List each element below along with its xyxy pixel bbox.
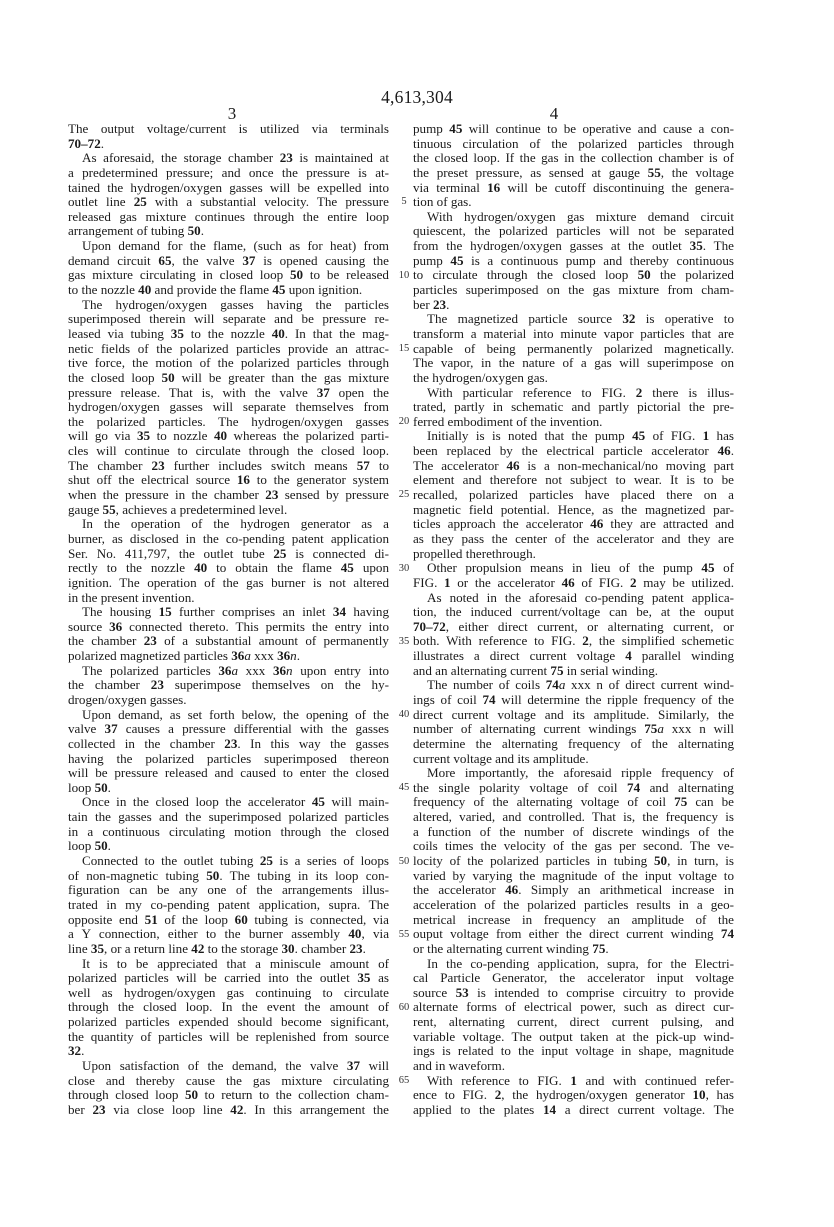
text-line: locity of the polarized particles in tub… xyxy=(413,854,734,869)
text-line: or the alternating current winding 75. xyxy=(413,942,734,957)
text-line: The housing 15 further comprises an inle… xyxy=(68,605,389,620)
line-number: 50 xyxy=(396,855,412,870)
text-line: ouput voltage from either the direct cur… xyxy=(413,927,734,942)
text-line: trated, partly in schematic and partly p… xyxy=(413,400,734,415)
text-line: the accelerator 46. Simply an arithmetic… xyxy=(413,883,734,898)
text-line: the chamber 23 of a substantial amount o… xyxy=(68,634,389,649)
line-number: 60 xyxy=(396,1001,412,1016)
text-line: determine the alternating frequency of t… xyxy=(413,737,734,752)
text-line: The chamber 23 further includes switch m… xyxy=(68,459,389,474)
text-line: Connected to the outlet tubing 25 is a s… xyxy=(68,854,389,869)
text-line: a predetermined pressure; and once the p… xyxy=(68,166,389,181)
text-line: ignition. The operation of the gas burne… xyxy=(68,576,389,591)
text-line: metrical increase in frequency an amplit… xyxy=(413,913,734,928)
text-line: The output voltage/current is utilized v… xyxy=(68,122,389,137)
text-line: loop 50. xyxy=(68,839,389,854)
text-line: In the co-pending application, supra, fo… xyxy=(413,957,734,972)
line-number: 5 xyxy=(396,195,412,210)
text-line: tained the hydrogen/oxygen gasses will b… xyxy=(68,181,389,196)
line-number: 65 xyxy=(396,1074,412,1089)
text-line: altered, varied, and controlled. That is… xyxy=(413,810,734,825)
text-line: variable voltage. The output taken at th… xyxy=(413,1030,734,1045)
text-line: The vapor, in the nature of a gas will s… xyxy=(413,356,734,371)
text-line: recalled, polarized particles have place… xyxy=(413,488,734,503)
text-line: the polarized particles. The hydrogen/ox… xyxy=(68,415,389,430)
text-line: collected in the chamber 23. In this way… xyxy=(68,737,389,752)
text-line: pump 45 is a continuous pump and thereby… xyxy=(413,254,734,269)
text-line: 32. xyxy=(68,1044,389,1059)
text-line: As aforesaid, the storage chamber 23 is … xyxy=(68,151,389,166)
text-line: FIG. 1 or the accelerator 46 of FIG. 2 m… xyxy=(413,576,734,591)
text-line: through the closed loop. In the event th… xyxy=(68,1000,389,1015)
text-line: line 35, or a return line 42 to the stor… xyxy=(68,942,389,957)
text-line: 70–72, either direct current, or alterna… xyxy=(413,620,734,635)
text-line: Upon demand for the flame, (such as for … xyxy=(68,239,389,254)
text-line: ings is related to the input voltage in … xyxy=(413,1044,734,1059)
text-line: a function of the number of discrete win… xyxy=(413,825,734,840)
text-line: leased via tubing 35 to the nozzle 40. I… xyxy=(68,327,389,342)
text-line: the hydrogen/oxygen gas. xyxy=(413,371,734,386)
text-line: tion, the induced current/voltage can be… xyxy=(413,605,734,620)
text-line: It is to be appreciated that a miniscule… xyxy=(68,957,389,972)
text-line: particles superimposed on the gas mixtur… xyxy=(413,283,734,298)
text-line: ferred embodiment of the invention. xyxy=(413,415,734,430)
text-line: loop 50. xyxy=(68,781,389,796)
text-line: Once in the closed loop the accelerator … xyxy=(68,795,389,810)
text-line: polarized particles will be carried into… xyxy=(68,971,389,986)
text-line: and an alternating current 75 in serial … xyxy=(413,664,734,679)
text-line: arrangement of tubing 50. xyxy=(68,224,389,239)
text-line: The magnetized particle source 32 is ope… xyxy=(413,312,734,327)
text-line: and in waveform. xyxy=(413,1059,734,1074)
text-line: applied to the plates 14 a direct curren… xyxy=(413,1103,734,1118)
text-line: 70–72. xyxy=(68,137,389,152)
text-line: ings of coil 74 will determine the rippl… xyxy=(413,693,734,708)
line-number: 20 xyxy=(396,415,412,430)
patent-number: 4,613,304 xyxy=(0,87,834,108)
text-line: valve 37 causes a pressure differential … xyxy=(68,722,389,737)
text-line: tive force, the motion of the polarized … xyxy=(68,356,389,371)
line-number: 10 xyxy=(396,269,412,284)
text-line: The number of coils 74a xxx n of direct … xyxy=(413,678,734,693)
text-line: as they pass the center of the accelerat… xyxy=(413,532,734,547)
text-line: number of alternating current windings 7… xyxy=(413,722,734,737)
text-line: through closed loop 50 to return to the … xyxy=(68,1088,389,1103)
text-line: polarized magnetized particles 36a xxx 3… xyxy=(68,649,389,664)
text-line: ticles approach the accelerator 46 they … xyxy=(413,517,734,532)
left-text-column: The output voltage/current is utilized v… xyxy=(68,122,389,1118)
text-line: figuration can be any one of the arrange… xyxy=(68,883,389,898)
text-line: gas mixture circulating in closed loop 5… xyxy=(68,268,389,283)
text-line: Upon satisfaction of the demand, the val… xyxy=(68,1059,389,1074)
text-line: element and therefore not subject to wea… xyxy=(413,473,734,488)
text-line: As noted in the aforesaid co-pending pat… xyxy=(413,591,734,606)
text-line: source 53 is intended to comprise circui… xyxy=(413,986,734,1001)
text-line: the closed loop 50 will be greater than … xyxy=(68,371,389,386)
text-line: The hydrogen/oxygen gasses having the pa… xyxy=(68,298,389,313)
line-number: 55 xyxy=(396,928,412,943)
text-line: source 36 connected thereto. This permit… xyxy=(68,620,389,635)
text-line: With hydrogen/oxygen gas mixture demand … xyxy=(413,210,734,225)
text-line: In the operation of the hydrogen generat… xyxy=(68,517,389,532)
text-line: tinuous circulation of the polarized par… xyxy=(413,137,734,152)
text-line: drogen/oxygen gasses. xyxy=(68,693,389,708)
text-line: ber 23 via close loop line 42. In this a… xyxy=(68,1103,389,1118)
text-line: from the hydrogen/oxygen gasses at the o… xyxy=(413,239,734,254)
text-line: current voltage and its amplitude. xyxy=(413,752,734,767)
text-line: direct current voltage and its amplitude… xyxy=(413,708,734,723)
text-line: The polarized particles 36a xxx 36n upon… xyxy=(68,664,389,679)
line-number: 35 xyxy=(396,635,412,650)
text-line: ence to FIG. 2, the hydrogen/oxygen gene… xyxy=(413,1088,734,1103)
text-line: the chamber 23 superimpose themselves on… xyxy=(68,678,389,693)
text-line: tain the gasses and the superimposed pol… xyxy=(68,810,389,825)
text-line: demand circuit 65, the valve 37 is opene… xyxy=(68,254,389,269)
text-line: burner, as disclosed in the co-pending p… xyxy=(68,532,389,547)
text-line: coils times the velocity of the gas per … xyxy=(413,839,734,854)
text-line: More importantly, the aforesaid ripple f… xyxy=(413,766,734,781)
text-line: Upon demand, as set forth below, the ope… xyxy=(68,708,389,723)
text-line: acceleration of the polarized particles … xyxy=(413,898,734,913)
text-line: transform a material into minute vapor p… xyxy=(413,327,734,342)
text-line: the single polarity voltage of coil 74 a… xyxy=(413,781,734,796)
text-line: to the nozzle 40 and provide the flame 4… xyxy=(68,283,389,298)
text-line: tion of gas. xyxy=(413,195,734,210)
text-line: Ser. No. 411,797, the outlet tube 25 is … xyxy=(68,547,389,562)
text-line: Other propulsion means in lieu of the pu… xyxy=(413,561,734,576)
text-line: will be pressure released and caused to … xyxy=(68,766,389,781)
text-line: both. With reference to FIG. 2, the simp… xyxy=(413,634,734,649)
text-line: The accelerator 46 is a non-mechanical/n… xyxy=(413,459,734,474)
text-line: rent, alternating current, direct curren… xyxy=(413,1015,734,1030)
text-line: Initially is is noted that the pump 45 o… xyxy=(413,429,734,444)
text-line: the preset pressure, as sensed at gauge … xyxy=(413,166,734,181)
right-text-column: pump 45 will continue to be operative an… xyxy=(413,122,734,1118)
text-line: will go via 35 to nozzle 40 whereas the … xyxy=(68,429,389,444)
text-line: well as hydrogen/oxygen gas continuing t… xyxy=(68,986,389,1001)
text-line: netic fields of the polarized particles … xyxy=(68,342,389,357)
line-number: 25 xyxy=(396,488,412,503)
text-line: the closed loop. If the gas in the colle… xyxy=(413,151,734,166)
line-number: 30 xyxy=(396,562,412,577)
text-line: to circulate through the closed loop 50 … xyxy=(413,268,734,283)
text-line: shut off the electrical source 16 to the… xyxy=(68,473,389,488)
text-line: trated in my co-pending patent applicati… xyxy=(68,898,389,913)
text-line: propelled therethrough. xyxy=(413,547,734,562)
text-line: the quantity of particles will be replen… xyxy=(68,1030,389,1045)
text-line: having the polarized particles superimpo… xyxy=(68,752,389,767)
text-line: quiescent, the polarized particles will … xyxy=(413,224,734,239)
text-line: when the pressure in the chamber 23 sens… xyxy=(68,488,389,503)
text-line: a Y connection, either to the burner ass… xyxy=(68,927,389,942)
text-line: With reference to FIG. 1 and with contin… xyxy=(413,1074,734,1089)
text-line: ber 23. xyxy=(413,298,734,313)
text-line: varied by varying the magnitude of the i… xyxy=(413,869,734,884)
text-line: polarized particles expended should beco… xyxy=(68,1015,389,1030)
text-line: outlet line 25 with a substantial veloci… xyxy=(68,195,389,210)
text-line: With particular reference to FIG. 2 ther… xyxy=(413,386,734,401)
text-line: illustrates a direct current voltage 4 p… xyxy=(413,649,734,664)
text-line: close and thereby cause the gas mixture … xyxy=(68,1074,389,1089)
line-number: 15 xyxy=(396,342,412,357)
text-line: via terminal 16 will be cutoff discontin… xyxy=(413,181,734,196)
text-line: frequency of the alternating voltage of … xyxy=(413,795,734,810)
line-number: 40 xyxy=(396,708,412,723)
text-line: opposite end 51 of the loop 60 tubing is… xyxy=(68,913,389,928)
text-line: alternate forms of electrical power, suc… xyxy=(413,1000,734,1015)
text-line: pump 45 will continue to be operative an… xyxy=(413,122,734,137)
text-line: rectly to the nozzle 40 to obtain the fl… xyxy=(68,561,389,576)
text-line: gauge 55, achieves a predetermined level… xyxy=(68,503,389,518)
text-line: cal Particle Generator, the accelerator … xyxy=(413,971,734,986)
text-line: released gas mixture continues through t… xyxy=(68,210,389,225)
text-line: of non-magnetic tubing 50. The tubing in… xyxy=(68,869,389,884)
text-line: been replaced by the electrical particle… xyxy=(413,444,734,459)
line-number: 45 xyxy=(396,781,412,796)
text-line: capable of being permanently polarized m… xyxy=(413,342,734,357)
text-line: in a continuous circulating motion throu… xyxy=(68,825,389,840)
text-line: in the present invention. xyxy=(68,591,389,606)
text-line: cles will continue to circulate through … xyxy=(68,444,389,459)
text-line: magnetic field potential. Hence, as the … xyxy=(413,503,734,518)
text-line: hydrogen/oxygen gasses will separate the… xyxy=(68,400,389,415)
text-line: superimposed therein will separate and b… xyxy=(68,312,389,327)
text-line: pressure release. That is, with the valv… xyxy=(68,386,389,401)
